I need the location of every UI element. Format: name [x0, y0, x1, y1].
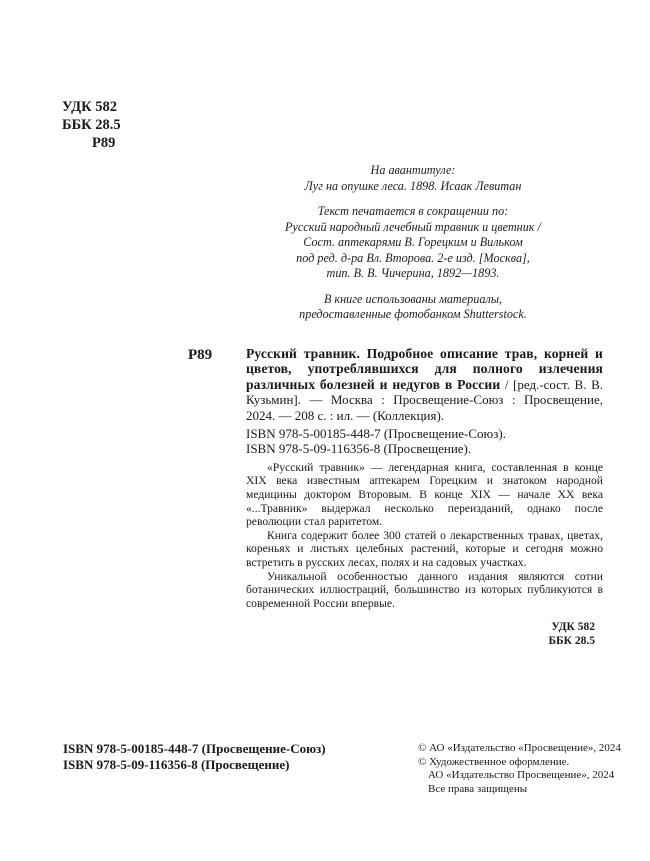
annotation-paragraph: Книга содержит более 300 статей о лекарс…	[246, 529, 603, 570]
top-classification-codes: УДК 582 ББК 28.5 Р89	[62, 98, 121, 152]
catalog-author-code: Р89	[188, 347, 212, 364]
bottom-isbn-list: ISBN 978-5-00185-448-7 (Просвещение-Союз…	[63, 741, 326, 772]
card-classification-codes: УДК 582 ББК 28.5	[246, 620, 603, 648]
card-isbn: ISBN 978-5-00185-448-7 (Просвещение-Союз…	[246, 426, 603, 441]
card-isbn: ISBN 978-5-09-116356-8 (Просвещение).	[246, 441, 603, 456]
materials-credit: В книге использованы материалы, предоста…	[270, 292, 556, 323]
source-line: под ред. д-ра Вл. Второва. 2-е изд. [Мос…	[270, 251, 556, 267]
source-credit: Текст печатается в сокращении по: Русски…	[270, 204, 556, 282]
source-line: тип. В. В. Чичерина, 1892—1893.	[270, 266, 556, 282]
source-line: Сост. аптекарями В. Горецким и Вильком	[270, 235, 556, 251]
source-line: Русский народный лечебный травник и цвет…	[270, 220, 556, 236]
credits-block: На авантитуле: Луг на опушке леса. 1898.…	[270, 163, 556, 333]
source-line: Текст печатается в сокращении по:	[270, 204, 556, 220]
bottom-isbn: ISBN 978-5-00185-448-7 (Просвещение-Союз…	[63, 741, 326, 757]
copyright-line: © АО «Издательство «Просвещение», 2024	[418, 742, 621, 756]
bibliographic-entry: Русский травник. Подробное описание трав…	[246, 346, 603, 423]
frontispiece-credit: На авантитуле: Луг на опушке леса. 1898.…	[270, 163, 556, 194]
author-code: Р89	[62, 134, 121, 152]
card-isbn-list: ISBN 978-5-00185-448-7 (Просвещение-Союз…	[246, 426, 603, 457]
copyright-line: АО «Издательство Просвещение», 2024	[418, 769, 621, 783]
frontispiece-label: На авантитуле:	[270, 163, 556, 179]
copyright-block: © АО «Издательство «Просвещение», 2024 ©…	[418, 742, 621, 796]
frontispiece-text: Луг на опушке леса. 1898. Исаак Левитан	[270, 179, 556, 195]
card-udk: УДК 582	[246, 620, 595, 634]
bottom-isbn: ISBN 978-5-09-116356-8 (Просвещение)	[63, 757, 326, 773]
annotation: «Русский травник» — легендарная книга, с…	[246, 461, 603, 611]
materials-line: предоставленные фотобанком Shutterstock.	[270, 307, 556, 323]
materials-line: В книге использованы материалы,	[270, 292, 556, 308]
copyright-line: Все права защищены	[418, 783, 621, 797]
catalog-card: Русский травник. Подробное описание трав…	[246, 346, 603, 648]
copyright-line: © Художественное оформление.	[418, 756, 621, 770]
bbk-code: ББК 28.5	[62, 116, 121, 134]
annotation-paragraph: «Русский травник» — легендарная книга, с…	[246, 461, 603, 529]
udk-code: УДК 582	[62, 98, 121, 116]
card-bbk: ББК 28.5	[246, 634, 595, 648]
annotation-paragraph: Уникальной особенностью данного издания …	[246, 570, 603, 611]
